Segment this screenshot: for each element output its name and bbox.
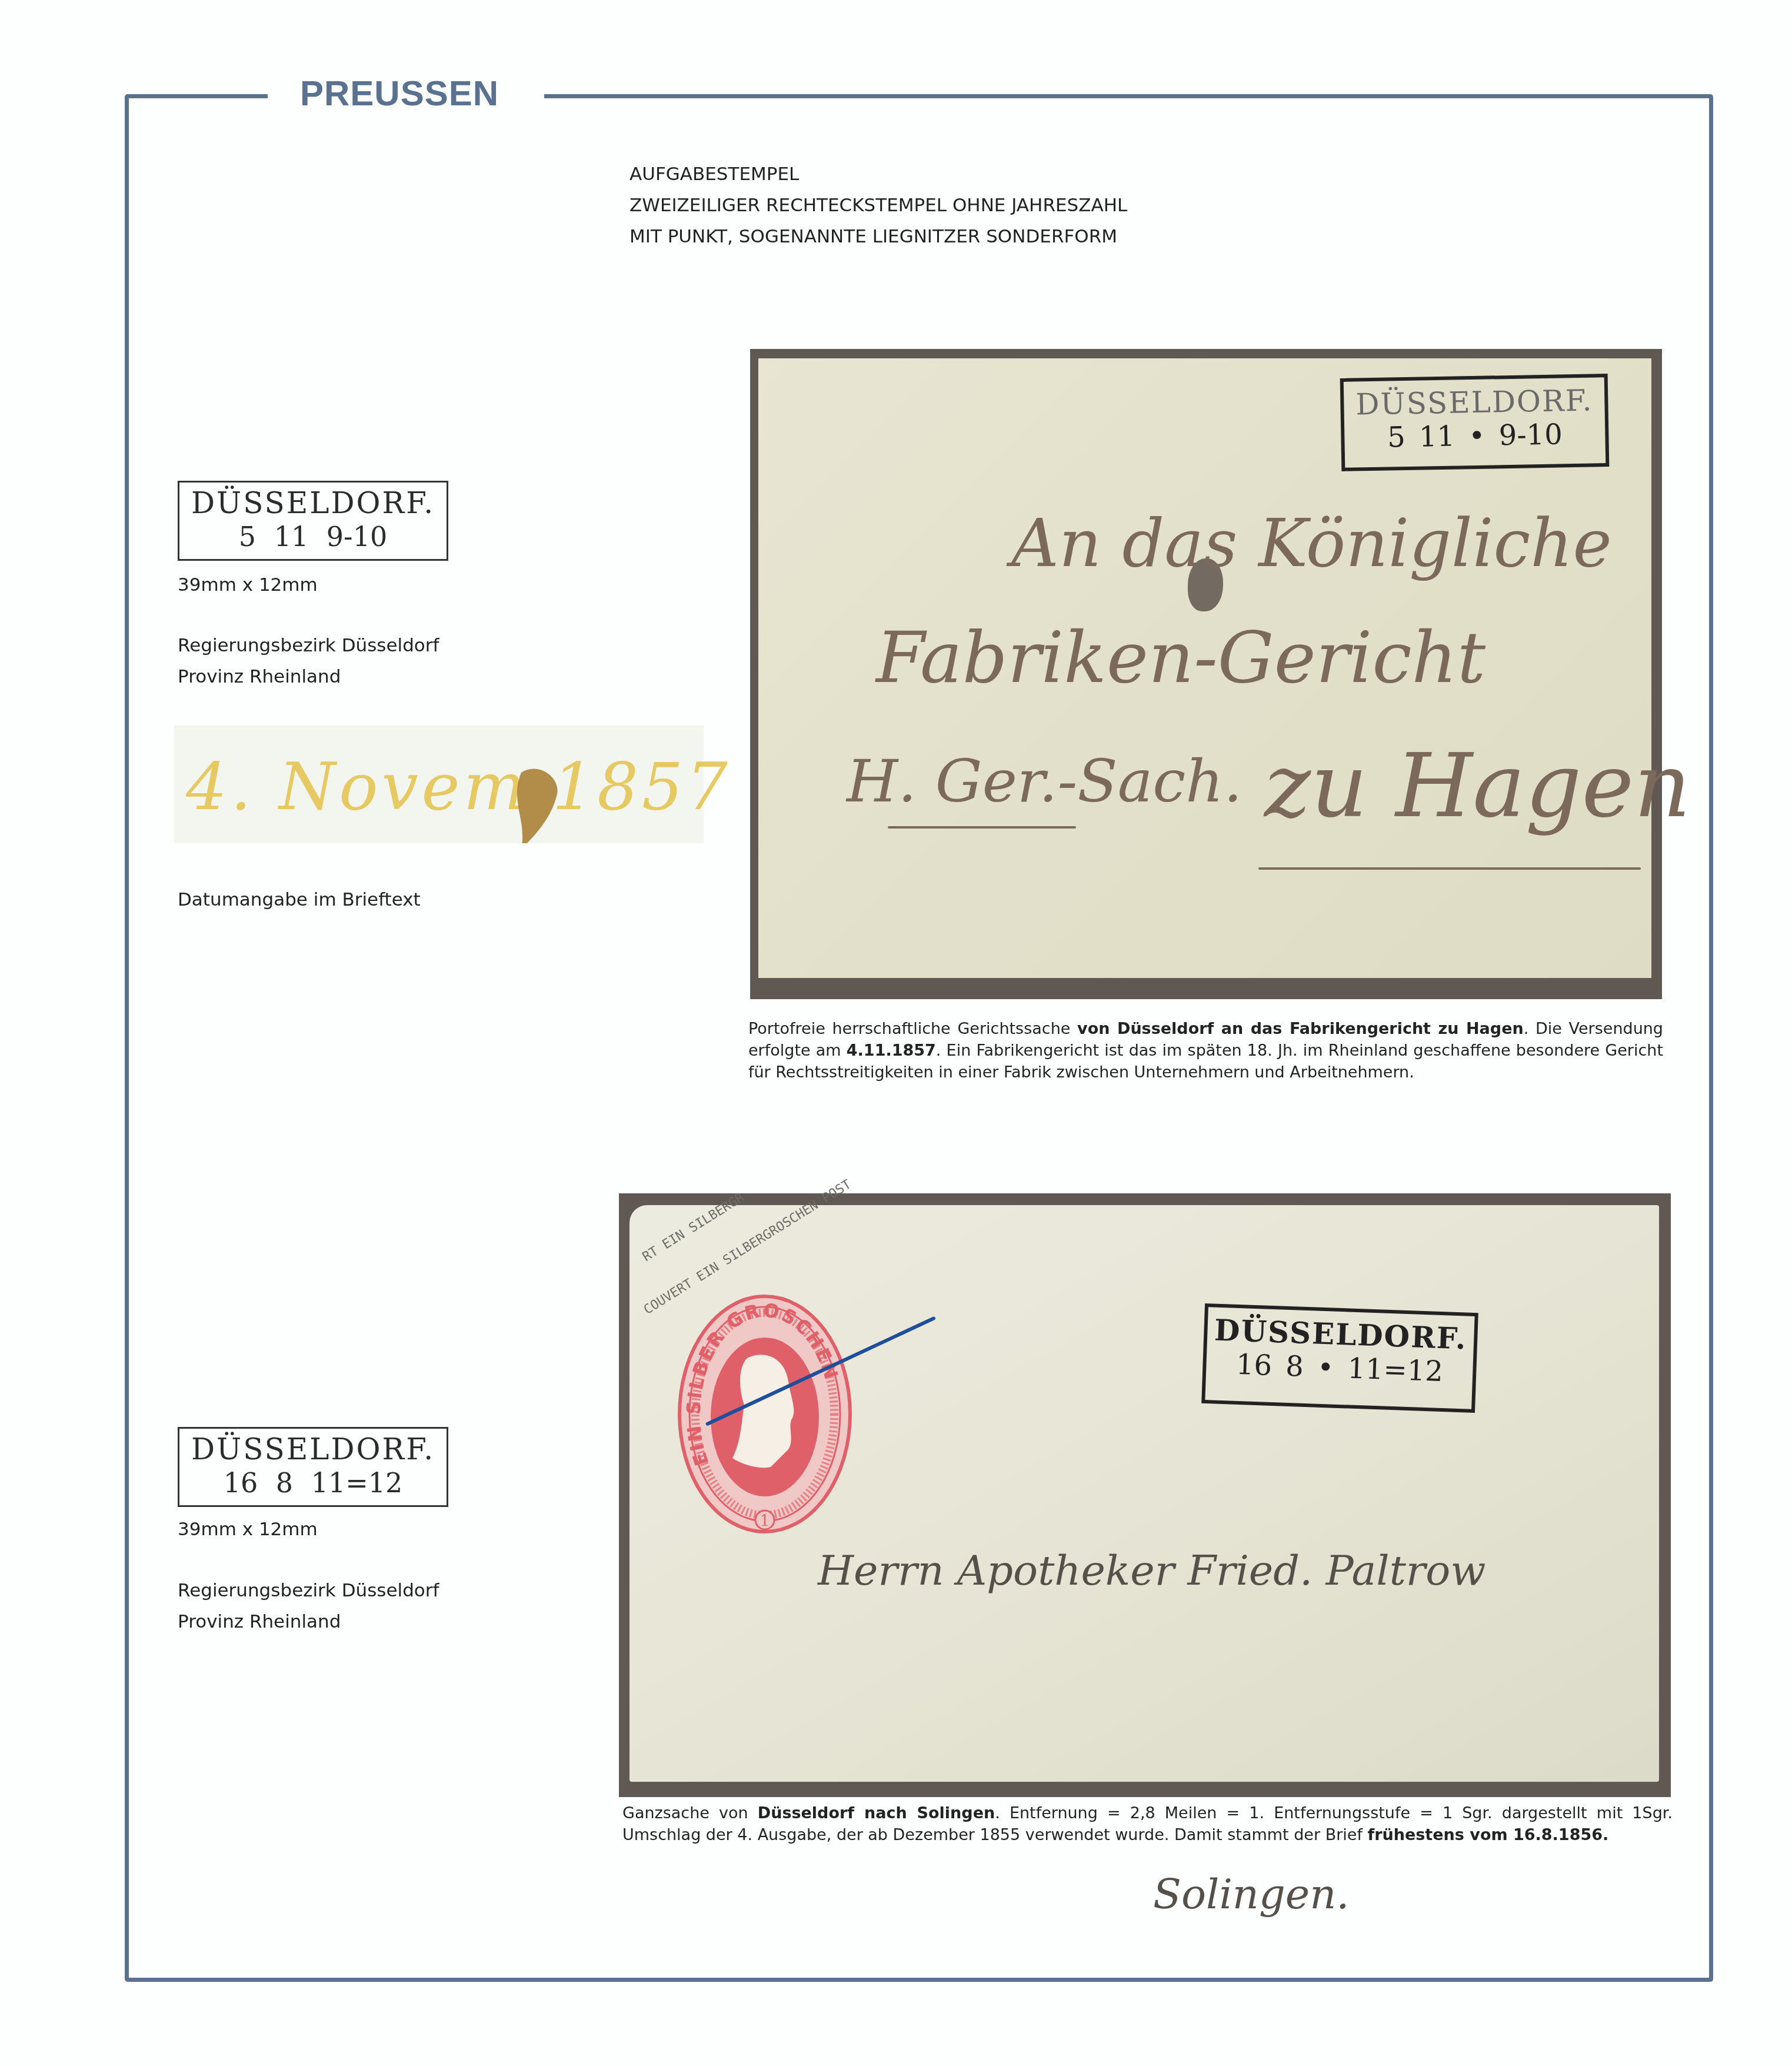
province-label: Provinz Rheinland	[178, 661, 341, 693]
date-excerpt-image: 4. Novem 1857	[174, 726, 704, 843]
address-line: Herrn Apotheker Fried. Paltrow	[818, 1546, 1485, 1595]
cover-2-caption: Ganzsache von Düsseldorf nach Solingen. …	[622, 1802, 1673, 1846]
caption-seg: Ganzsache von	[622, 1804, 758, 1822]
caption-seg: frühestens vom 16.8.1856.	[1367, 1826, 1608, 1844]
address-line: zu Hagen	[1264, 735, 1691, 837]
cover-postmark: DÜSSELDORF. 5 11 • 9-10	[1340, 374, 1610, 471]
cover-paper: DÜSSELDORF. 5 11 • 9-10 An das Königlich…	[758, 358, 1651, 978]
caption-seg: 4.11.1857	[847, 1042, 936, 1060]
envelope-stamp-icon: EIN SILBER GROSCHEN 1	[677, 1293, 853, 1535]
postmark-size: 39mm x 12mm	[178, 1514, 318, 1545]
subtitle-line: MIT PUNKT, SOGENANNTE LIEGNITZER SONDERF…	[629, 221, 1127, 252]
header-subtitle: AUFGABESTEMPEL ZWEIZEILIGER RECHTECKSTEM…	[629, 159, 1127, 252]
subtitle-line: ZWEIZEILIGER RECHTECKSTEMPEL OHNE JAHRES…	[629, 190, 1127, 221]
ink-underline	[1258, 867, 1641, 870]
address-line: An das Königliche	[1011, 505, 1612, 582]
caption-seg: von Düsseldorf an das Fabrikengericht zu…	[1077, 1020, 1524, 1038]
postmark-drawing-date: 5 11 9-10	[179, 520, 447, 553]
cover-1-caption: Portofreie herrschaftliche Gerichtssache…	[748, 1018, 1663, 1083]
postmark-date: 5 11 • 9-10	[1344, 417, 1606, 455]
cover-paper: RT EIN SILBERGR COUVERT EIN SILBERGROSCH…	[629, 1205, 1659, 1782]
address-line: Solingen.	[1153, 1870, 1350, 1918]
date-excerpt-label: Datumangabe im Brieftext	[178, 884, 421, 916]
svg-text:1: 1	[760, 1512, 770, 1530]
postmark-drawing-date: 16 8 11=12	[179, 1466, 447, 1499]
district-label: Regierungsbezirk Düsseldorf	[178, 630, 439, 661]
caption-seg: Düsseldorf nach Solingen	[758, 1804, 995, 1822]
postmark-drawing-city: DÜSSELDORF.	[179, 1432, 447, 1466]
address-line: H. Ger.-Sach.	[847, 747, 1243, 816]
ink-blot-icon	[174, 726, 704, 843]
address-line: Fabriken-Gericht	[876, 617, 1485, 699]
cover-postmark: DÜSSELDORF. 16 8 • 11=12	[1201, 1303, 1478, 1413]
postmark-drawing-2: DÜSSELDORF. 16 8 11=12	[178, 1427, 448, 1507]
postmark-drawing-city: DÜSSELDORF.	[179, 486, 447, 520]
cover-2: RT EIN SILBERGR COUVERT EIN SILBERGROSCH…	[619, 1193, 1671, 1797]
page-title: PREUSSEN	[300, 73, 499, 114]
cover-1: DÜSSELDORF. 5 11 • 9-10 An das Königlich…	[750, 349, 1662, 999]
postmark-drawing-1: DÜSSELDORF. 5 11 9-10	[178, 481, 448, 561]
ink-underline	[888, 826, 1076, 829]
postmark-size: 39mm x 12mm	[178, 570, 318, 601]
district-label: Regierungsbezirk Düsseldorf	[178, 1575, 439, 1606]
subtitle-line: AUFGABESTEMPEL	[629, 159, 1127, 190]
postmark-city: DÜSSELDORF.	[1344, 383, 1605, 422]
province-label: Provinz Rheinland	[178, 1606, 341, 1638]
caption-seg: Portofreie herrschaftliche Gerichtssache	[748, 1020, 1077, 1038]
